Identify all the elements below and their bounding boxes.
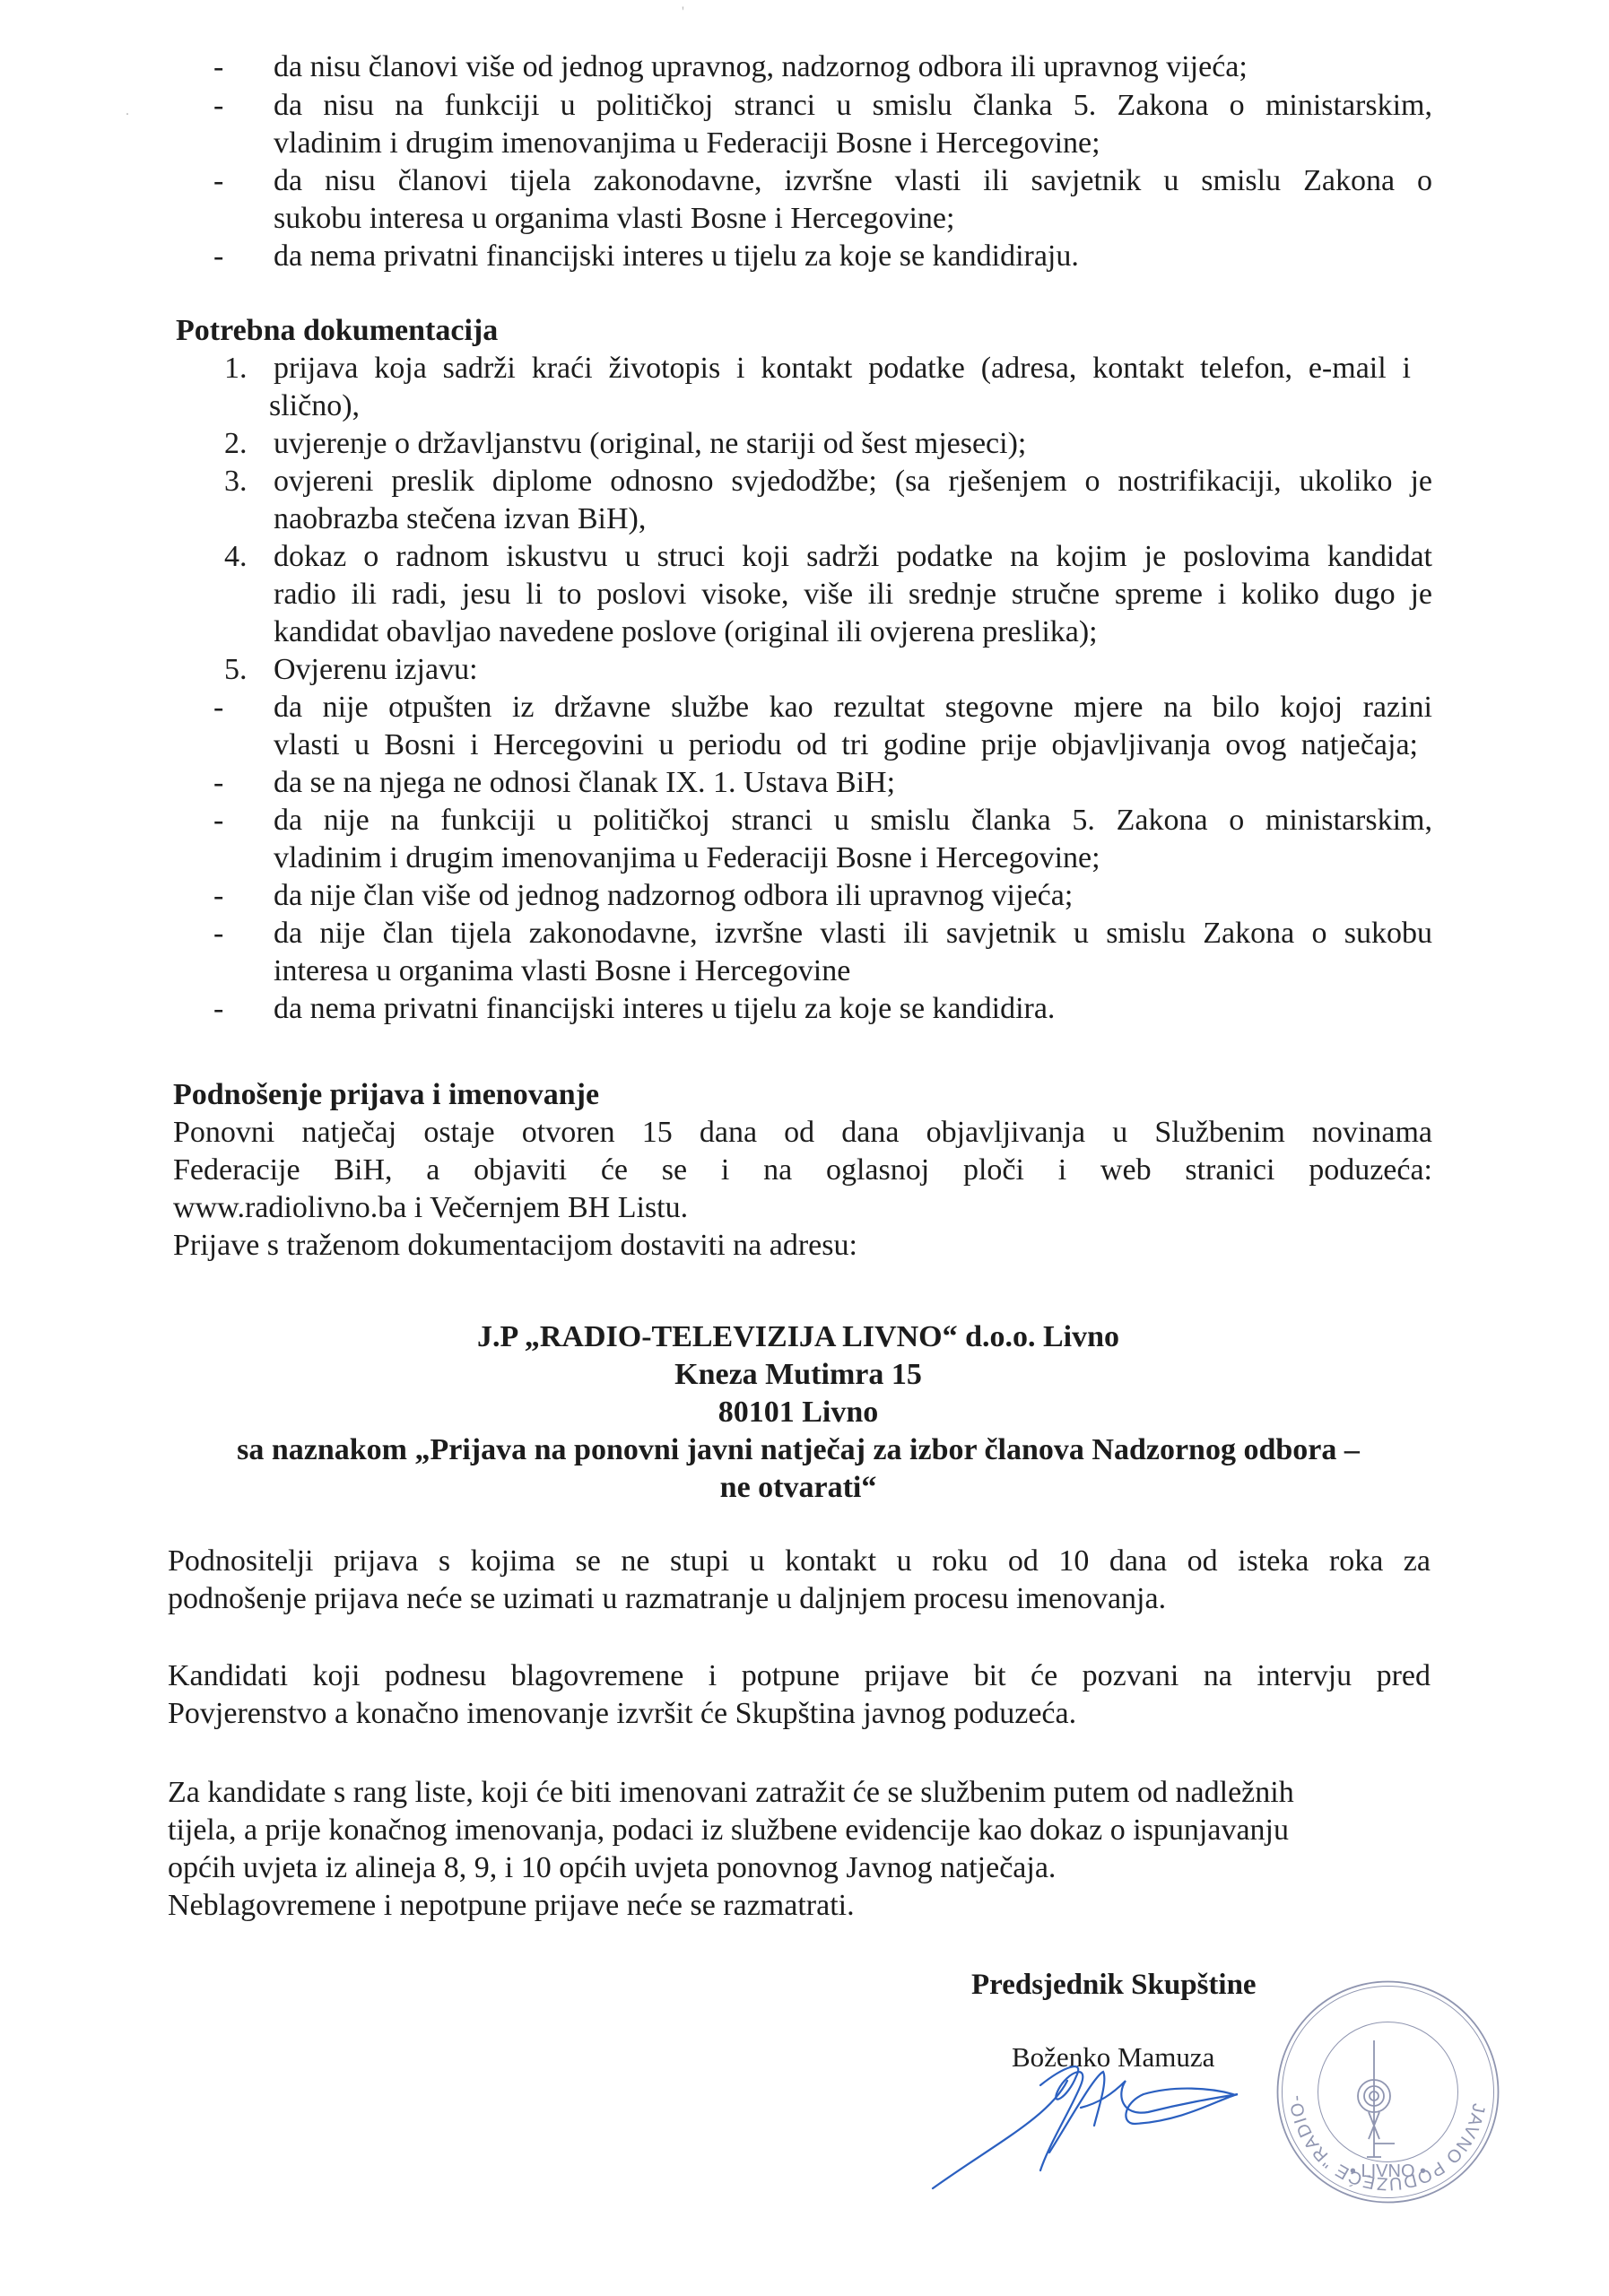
submission-line: Prijave s traženom dokumentacijom dostav… [173,1227,857,1265]
handwritten-signature [915,2054,1292,2197]
item-number: 2. [224,425,248,463]
paragraph-line: općih uvjeta iz alineja 8, 9, i 10 općih… [168,1849,1056,1887]
doc-item-line: kandidat obavljao navedene poslove (orig… [274,613,1098,651]
bullet: - [213,877,223,915]
bullet: - [213,238,223,275]
item-number: 3. [224,463,248,500]
condition-line: da nisu članovi više od jednog upravnog,… [274,48,1248,86]
item-number: 1. [224,350,248,387]
bullet: - [213,764,223,802]
statement-line: vladinim i drugim imenovanjima u Federac… [274,839,1100,877]
statement-line: da nije član tijela zakonodavne, izvršne… [274,915,1432,952]
doc-item-line: slično), [269,387,360,425]
company-stamp: JAVNO PODUZEĆE "RADIO-TELEVIZIJA LIVNO" … [1274,1978,1502,2206]
address-city: 80101 Livno [161,1394,1435,1431]
doc-item-line: Ovjerenu izjavu: [274,651,478,689]
doc-item-line: uvjerenje o državljanstvu (original, ne … [274,425,1026,463]
submission-line: Ponovni natječaj ostaje otvoren 15 dana … [173,1114,1432,1152]
bullet: - [213,162,223,200]
statement-line: da se na njega ne odnosi članak IX. 1. U… [274,764,895,802]
statement-line: da nije član više od jednog nadzornog od… [274,877,1073,915]
scan-speck: . [126,103,129,119]
statement-line: vlasti u Bosni i Hercegovini u periodu o… [274,726,1418,764]
paragraph-line: Neblagovremene i nepotpune prijave neće … [168,1887,855,1925]
doc-item-line: ovjereni preslik diplome odnosno svjedod… [274,463,1432,500]
section-heading: Potrebna dokumentacija [176,312,498,350]
stamp-bottom-text: • LIVNO • [1350,2161,1426,2181]
item-number: 5. [224,651,248,689]
paragraph-line: tijela, a prije konačnog imenovanja, pod… [168,1812,1289,1849]
website-link[interactable]: www.radiolivno.ba i Večernjem BH Listu. [173,1189,688,1227]
bullet: - [213,990,223,1028]
bullet: - [213,87,223,125]
bullet: - [213,689,223,726]
bullet: - [213,802,223,839]
address-note: ne otvarati“ [161,1469,1435,1507]
paragraph-line: Kandidati koji podnesu blagovremene i po… [168,1657,1431,1695]
condition-line: vladinim i drugim imenovanjima u Federac… [274,125,1100,162]
condition-line: da nisu članovi tijela zakonodavne, izvr… [274,162,1432,200]
paragraph-line: podnošenje prijava neće se uzimati u raz… [168,1580,1166,1618]
item-number: 4. [224,538,248,576]
submission-line: Federacije BiH, a objaviti će se i na og… [173,1152,1432,1189]
paragraph-line: Za kandidate s rang liste, koji će biti … [168,1774,1294,1812]
document-page: ' . - da nisu članovi više od jednog upr… [0,0,1609,2296]
address-company: J.P „RADIO-TELEVIZIJA LIVNO“ d.o.o. Livn… [161,1318,1435,1356]
doc-item-line: dokaz o radnom iskustvu u struci koji sa… [274,538,1432,576]
address-note: sa naznakom „Prijava na ponovni javni na… [161,1431,1435,1469]
statement-line: interesa u organima vlasti Bosne i Herce… [274,952,850,990]
condition-line: da nisu na funkciji u političkoj stranci… [274,87,1432,125]
bullet: - [213,915,223,952]
doc-item-line: prijava koja sadrži kraći životopis i ko… [274,350,1411,387]
condition-line: da nema privatni financijski interes u t… [274,238,1079,275]
statement-line: da nema privatni financijski interes u t… [274,990,1055,1028]
condition-line: sukobu interesa u organima vlasti Bosne … [274,200,954,238]
address-street: Kneza Mutimra 15 [161,1356,1435,1394]
scan-speck: ' [682,4,684,21]
section-heading: Podnošenje prijava i imenovanje [173,1076,599,1114]
paragraph-line: Povjerenstvo a konačno imenovanje izvrši… [168,1695,1076,1733]
doc-item-line: naobrazba stečena izvan BiH), [274,500,646,538]
statement-line: da nije otpušten iz državne službe kao r… [274,689,1432,726]
statement-line: da nije na funkciji u političkoj stranci… [274,802,1432,839]
paragraph-line: Podnositelji prijava s kojima se ne stup… [168,1543,1431,1580]
doc-item-line: radio ili radi, jesu li to poslovi visok… [274,576,1432,613]
bullet: - [213,48,223,86]
signatory-title: Predsjednik Skupštine [971,1966,1257,2004]
